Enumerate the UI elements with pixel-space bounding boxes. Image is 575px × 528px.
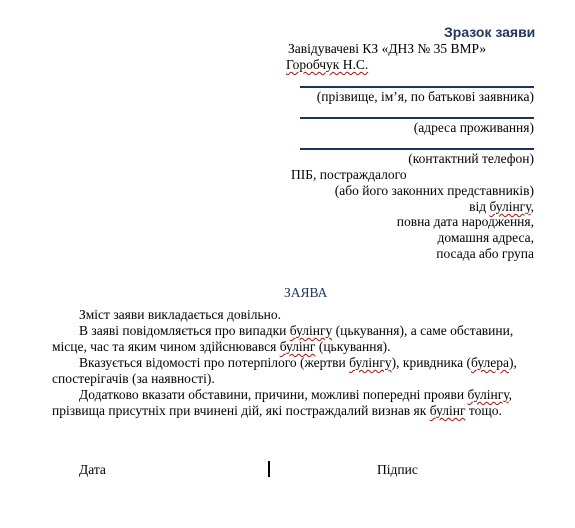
sample-title: Зразок заяви [444,24,535,40]
text: Додатково вказати обставини, причини, мо… [79,387,467,402]
victim-line-4: повна дата народження, [397,214,534,230]
phone-line[interactable] [300,148,534,150]
victim-line-3: від булінгу, [469,199,534,215]
body-paragraph-2-line-2: місце, час та яким чином здійснювався бу… [52,339,391,355]
body-paragraph-3-line-1: Вказується відомості про потерпілого (же… [79,355,517,371]
spellcheck-word: булінгу [489,199,530,214]
address-label: (адреса проживання) [414,120,534,136]
text: ), кривдника ( [392,355,471,370]
spellcheck-word: булінгу [290,323,333,338]
text: прізвища присутніх при вчинені дій, які … [52,403,430,418]
phone-label: (контактний телефон) [408,151,534,167]
text: (цькування). [315,339,390,354]
text: В заяві повідомляється про випадки [79,323,290,338]
victim-line-3-suffix: , [531,199,534,214]
body-paragraph-3-line-2: спостерігачів (за наявності). [52,371,215,387]
spellcheck-word: булінгу [349,355,392,370]
victim-line-1: ПІБ, постраждалого [291,167,407,183]
addressee-name: Горобчук Н.С. [286,57,368,72]
text: Вказується відомості про потерпілого (же… [79,355,349,370]
body-paragraph-4-line-2: прізвища присутніх при вчинені дій, які … [52,403,502,419]
victim-line-5: домашня адреса, [438,230,534,246]
spellcheck-word: булінг [280,339,316,354]
date-label: Дата [79,462,106,478]
victim-line-6: посада або група [436,246,534,262]
applicant-name-label: (прізвище, ім’я, по батькові заявника) [317,89,534,105]
text: місце, час та яким чином здійснювався [52,339,280,354]
text: (цькування), а саме обставини, [332,323,513,338]
signature-label: Підпис [377,462,418,478]
victim-line-2: (або його законних представників) [335,183,534,199]
text: , [509,387,512,402]
body-paragraph-1: Зміст заяви викладається довільно. [79,307,281,323]
spellcheck-word: булінгу [467,387,508,402]
document-heading: ЗАЯВА [284,285,327,301]
body-paragraph-4-line-1: Додатково вказати обставини, причини, мо… [79,387,512,403]
spellcheck-word: булера [471,355,509,370]
body-paragraph-2-line-1: В заяві повідомляється про випадки булін… [79,323,513,339]
addressee-line-2: Горобчук Н.С. [286,57,368,73]
text: ), [509,355,517,370]
victim-line-3-prefix: від [469,199,489,214]
text: тощо. [465,403,501,418]
address-line[interactable] [300,117,534,119]
addressee-line-1: Завідувачеві КЗ «ДНЗ № 35 ВМР» [288,41,486,57]
spellcheck-word: булінг [430,403,466,418]
text-cursor [268,461,270,477]
applicant-name-line[interactable] [300,86,534,88]
